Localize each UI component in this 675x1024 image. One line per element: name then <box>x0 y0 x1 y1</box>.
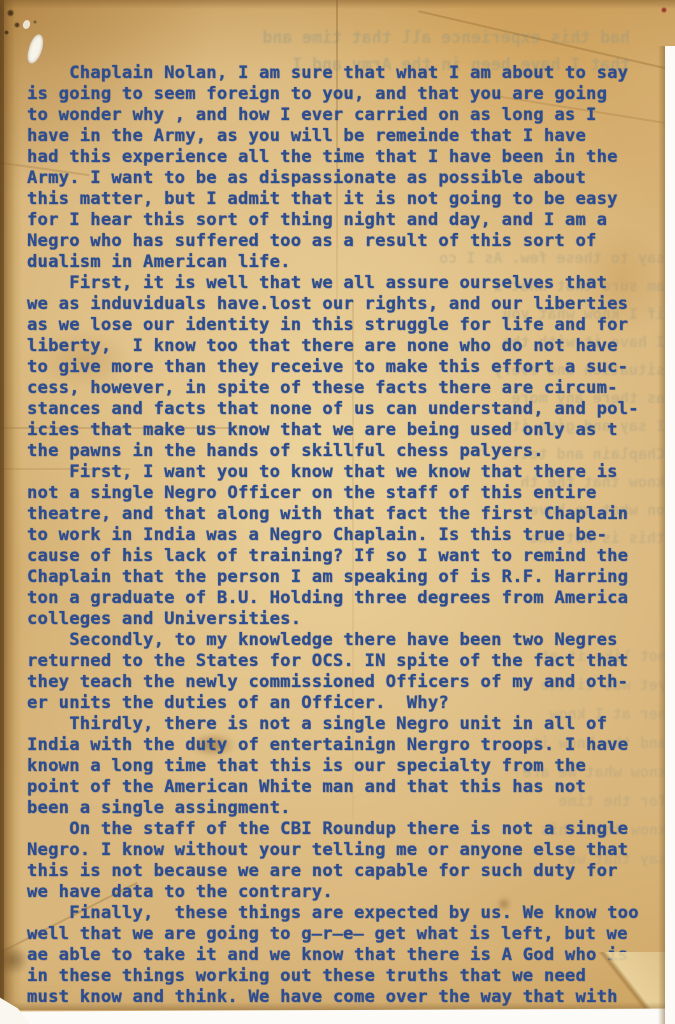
letter-paragraph: On the staff of the CBI Roundup there is… <box>27 819 657 903</box>
paper-top-edge <box>0 0 675 9</box>
letter-paragraph: First, I want you to know that we know t… <box>27 462 657 630</box>
ink-spot <box>14 22 20 28</box>
photo-of-letter: had this experience all that time and th… <box>0 0 675 1024</box>
letter-paragraph: Finally, these things are expected by us… <box>27 903 657 1008</box>
letter-paragraph: First, it is well that we all assure our… <box>27 273 657 462</box>
ink-spot <box>4 30 9 35</box>
background-below-paper <box>0 1008 675 1024</box>
torn-notch <box>26 33 46 65</box>
torn-notch <box>22 19 32 30</box>
letter-paragraph: Chaplain Nolan, I am sure that what I am… <box>27 63 657 273</box>
letter-paragraph: Secondly, to my knowledge there have bee… <box>27 630 657 714</box>
background-right-of-paper <box>665 46 675 1024</box>
ink-spot <box>7 9 14 17</box>
torn-left-edge-line <box>0 0 4 1024</box>
letter-paragraph: Thirdly, there is not a single Negro uni… <box>27 714 657 819</box>
ink-spot <box>33 20 37 24</box>
red-mark <box>661 7 667 13</box>
paper-right-edge <box>658 46 665 1024</box>
letter-page: had this experience all that time and th… <box>0 0 675 1024</box>
letter-body: Chaplain Nolan, I am sure that what I am… <box>27 63 657 1008</box>
